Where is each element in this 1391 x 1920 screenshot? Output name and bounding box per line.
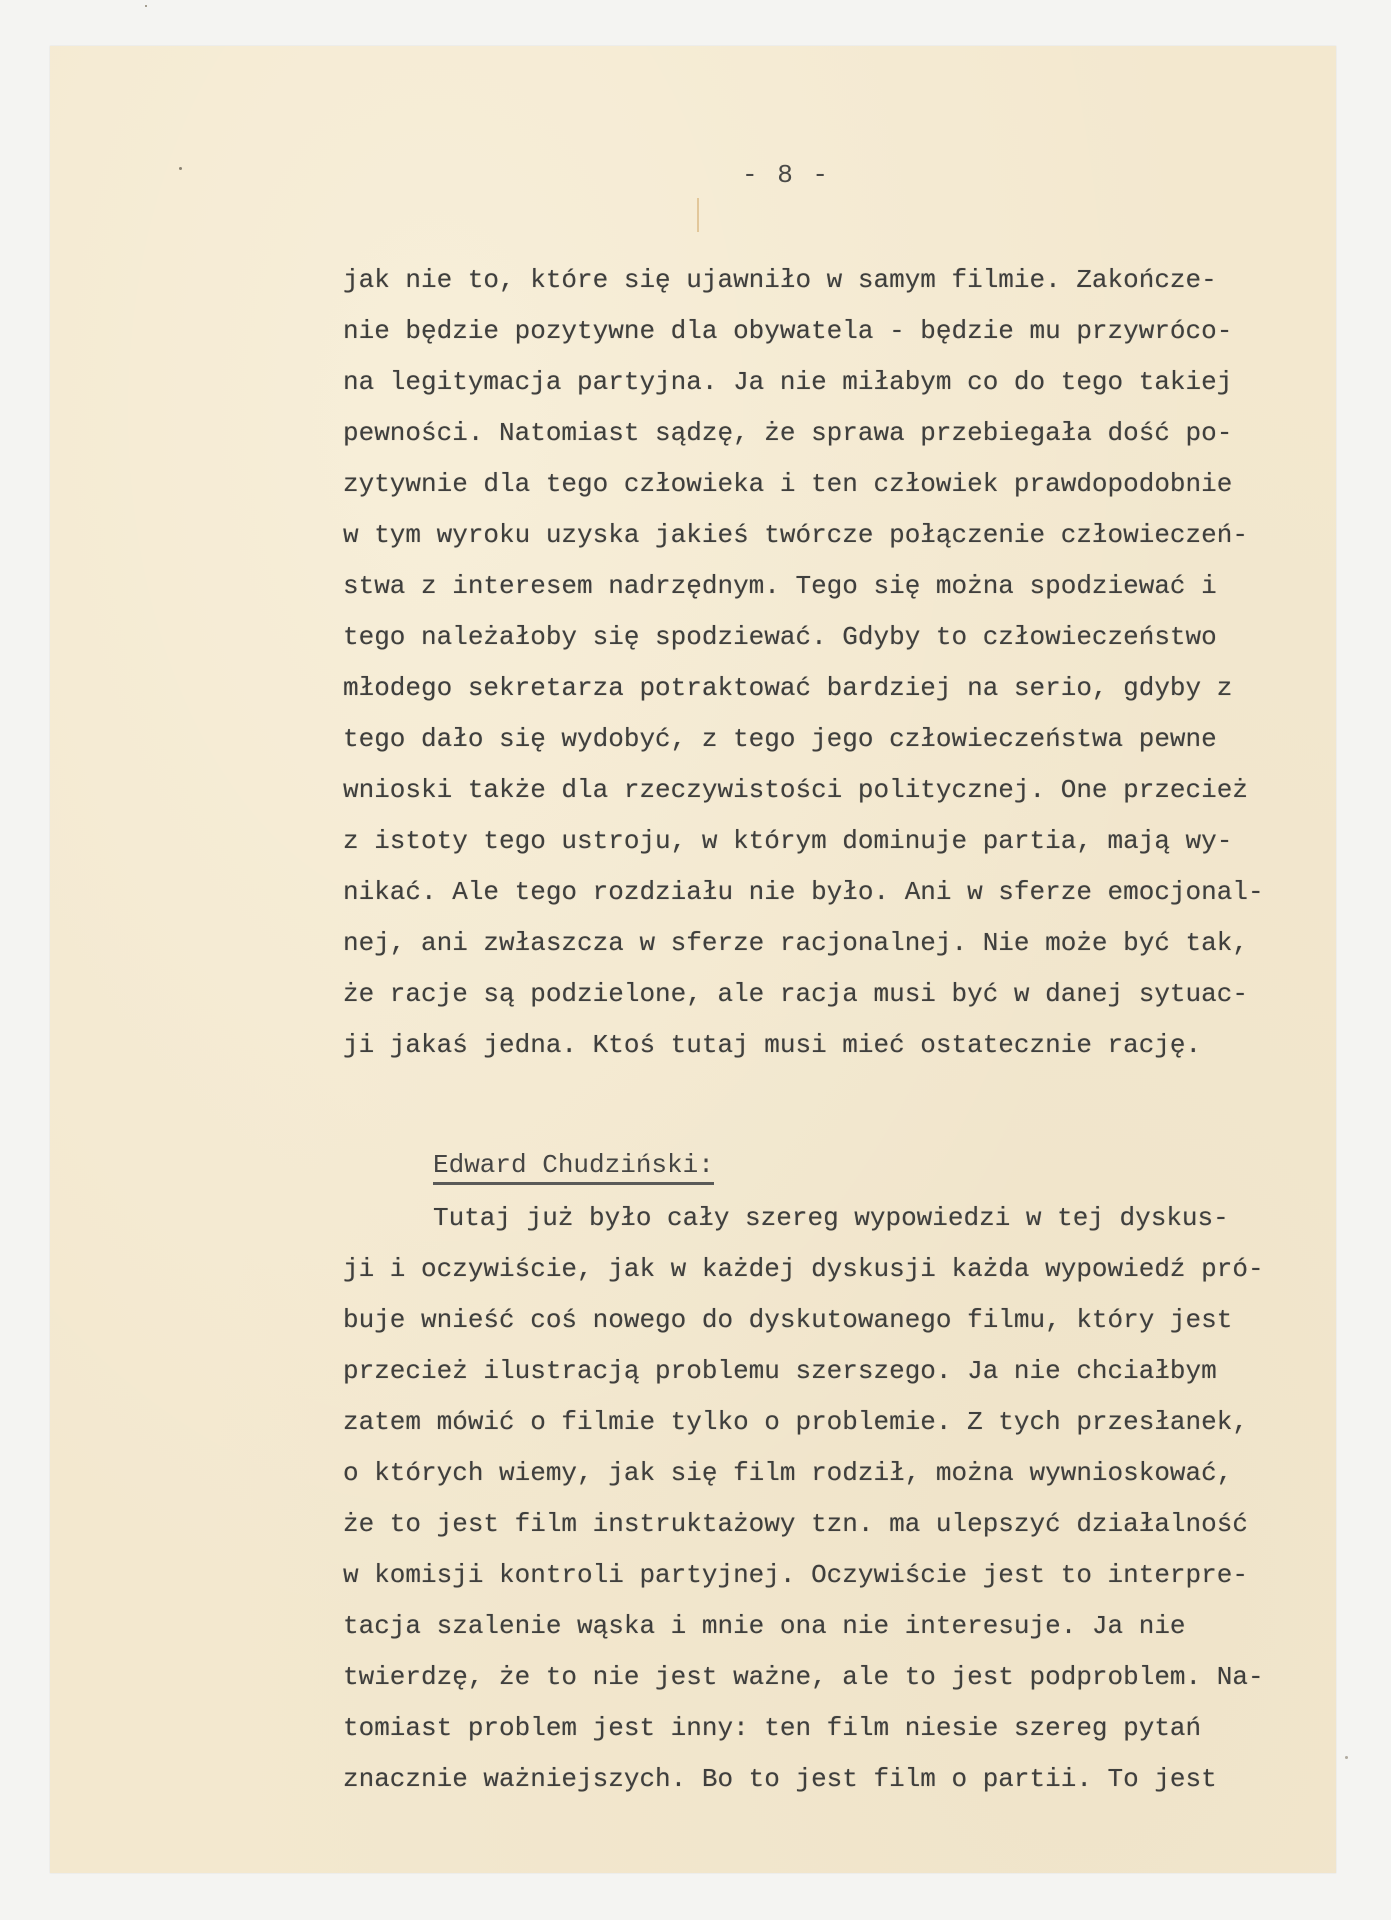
text-line: że to jest film instruktażowy tzn. ma ul… bbox=[343, 1509, 1248, 1539]
text-line: zytywnie dla tego człowieka i ten człowi… bbox=[343, 469, 1232, 499]
paper-speck bbox=[145, 5, 147, 7]
paper-crease-mark bbox=[697, 198, 699, 232]
text-line-indented: Tutaj już było cały szereg wypowiedzi w … bbox=[433, 1203, 1229, 1233]
speaker-heading: Edward Chudziński: bbox=[433, 1150, 714, 1185]
paper-speck bbox=[1345, 1756, 1348, 1759]
text-line: ji jakaś jedna. Ktoś tutaj musi mieć ost… bbox=[343, 1030, 1201, 1060]
text-line: w tym wyroku uzyska jakieś twórcze połąc… bbox=[343, 520, 1248, 550]
text-line: zatem mówić o filmie tylko o problemie. … bbox=[343, 1407, 1248, 1437]
text-line: pewności. Natomiast sądzę, że sprawa prz… bbox=[343, 418, 1232, 448]
text-line: w komisji kontroli partyjnej. Oczywiście… bbox=[343, 1560, 1248, 1590]
text-line: tomiast problem jest inny: ten film nies… bbox=[343, 1713, 1201, 1743]
text-line: na legitymacja partyjna. Ja nie miłabym … bbox=[343, 367, 1232, 397]
text-line: nej, ani zwłaszcza w sferze racjonalnej.… bbox=[343, 928, 1248, 958]
text-line: wnioski także dla rzeczywistości polityc… bbox=[343, 775, 1248, 805]
text-line: że racje są podzielone, ale racja musi b… bbox=[343, 979, 1248, 1009]
text-line: twierdzę, że to nie jest ważne, ale to j… bbox=[343, 1662, 1264, 1692]
text-line: znacznie ważniejszych. Bo to jest film o… bbox=[343, 1764, 1217, 1794]
text-line: tacja szalenie wąska i mnie ona nie inte… bbox=[343, 1611, 1186, 1641]
text-line: stwa z interesem nadrzędnym. Tego się mo… bbox=[343, 571, 1217, 601]
text-line: nie będzie pozytywne dla obywatela - będ… bbox=[343, 316, 1232, 346]
text-line: tego dało się wydobyć, z tego jego człow… bbox=[343, 724, 1217, 754]
text-line: o których wiemy, jak się film rodził, mo… bbox=[343, 1458, 1232, 1488]
paper-speck bbox=[179, 167, 182, 170]
text-line: buje wnieść coś nowego do dyskutowanego … bbox=[343, 1305, 1232, 1335]
paragraph-chudzinski: Tutaj już było cały szereg wypowiedzi w … bbox=[343, 0, 374, 390]
text-line: nikać. Ale tego rozdziału nie było. Ani … bbox=[343, 877, 1264, 907]
text-line: młodego sekretarza potraktować bardziej … bbox=[343, 673, 1232, 703]
text-line: jak nie to, które się ujawniło w samym f… bbox=[343, 265, 1217, 295]
text-line: przecież ilustracją problemu szerszego. … bbox=[343, 1356, 1217, 1386]
text-line: z istoty tego ustroju, w którym dominuje… bbox=[343, 826, 1232, 856]
text-line: tego należałoby się spodziewać. Gdyby to… bbox=[343, 622, 1217, 652]
text-line: ji i oczywiście, jak w każdej dyskusji k… bbox=[343, 1254, 1264, 1284]
page-number: - 8 - bbox=[742, 160, 830, 190]
